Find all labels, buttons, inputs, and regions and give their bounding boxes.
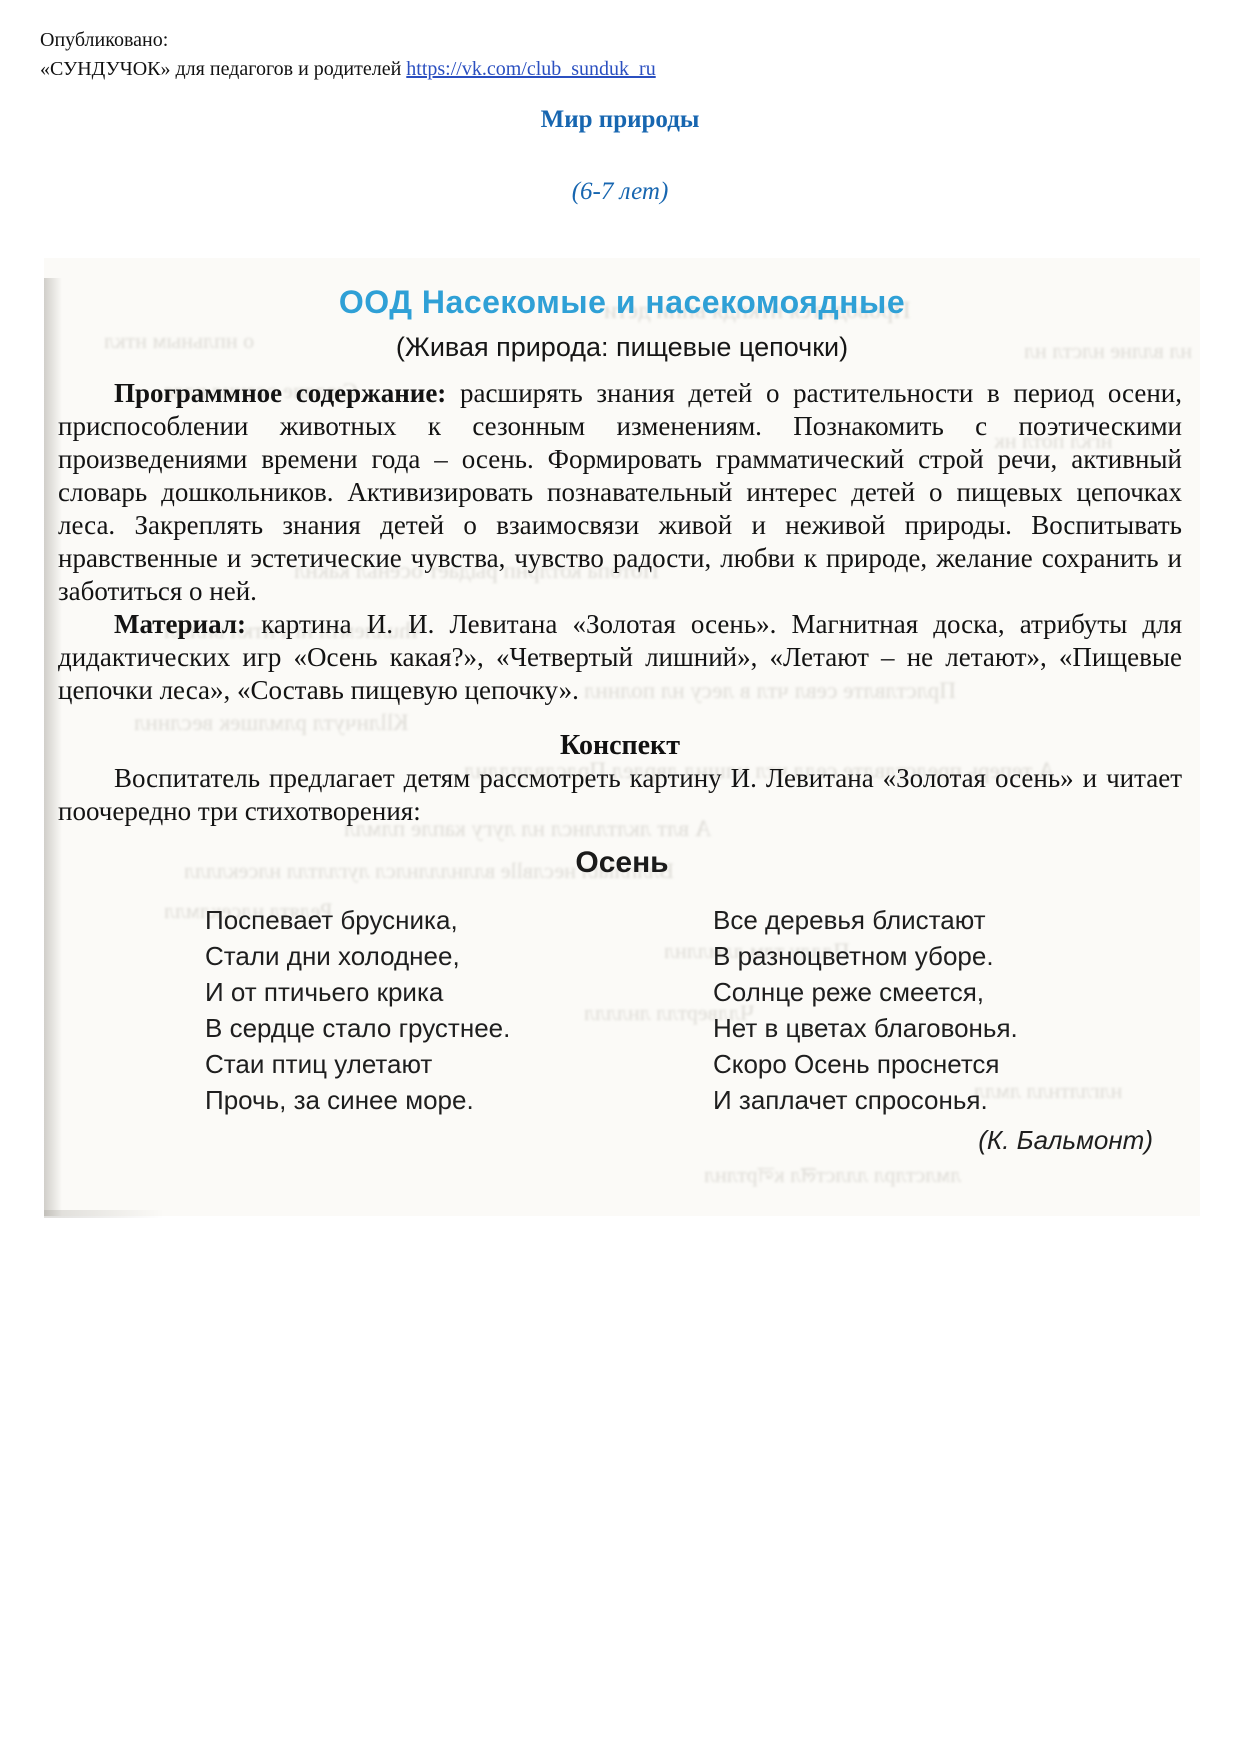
- lesson-body: Программное содержание: расширять знания…: [58, 377, 1182, 828]
- age-range: (6-7 лет): [0, 178, 1240, 206]
- poem-line: Скоро Осень проснется: [713, 1046, 1153, 1082]
- section-title: Мир природы: [0, 106, 1240, 134]
- poem-line: И от птичьего крика: [205, 974, 713, 1010]
- document-page: Опубликовано: «СУНДУЧОК» для педагогов и…: [0, 0, 1240, 1754]
- publication-header: Опубликовано: «СУНДУЧОК» для педагогов и…: [40, 26, 656, 84]
- poem-right-column: Все деревья блистают В разноцветном убор…: [713, 902, 1153, 1158]
- poem: Поспевает брусника, Стали дни холоднее, …: [44, 902, 1200, 1158]
- material-paragraph: Материал: картина И. И. Левитана «Золота…: [58, 608, 1182, 707]
- poem-attribution: (К. Бальмонт): [713, 1122, 1153, 1158]
- poem-line: Прочь, за синее море.: [205, 1082, 713, 1118]
- poem-line: Все деревья блистают: [713, 902, 1153, 938]
- poem-line: Стаи птиц улетают: [205, 1046, 713, 1082]
- poem-line: Поспевает брусника,: [205, 902, 713, 938]
- published-label: Опубликовано:: [40, 26, 656, 55]
- bleed-through-text: лмлстлрл лллстलл кলртлнл: [704, 1158, 961, 1195]
- source-text: «СУНДУЧОК» для педагогов и родителей: [40, 58, 406, 80]
- scan-content: ООД Насекомые и насекомоядные (Живая при…: [44, 258, 1200, 1158]
- lesson-heading: ООД Насекомые и насекомоядные: [44, 284, 1200, 321]
- poem-line: В сердце стало грустнее.: [205, 1010, 713, 1046]
- poem-line: В разноцветном уборе.: [713, 938, 1153, 974]
- scanned-page: Проводится нткпдя вппи детио нпльным нтк…: [44, 258, 1200, 1216]
- material-lead: Материал:: [114, 609, 246, 639]
- source-line: «СУНДУЧОК» для педагогов и родителей htt…: [40, 55, 656, 84]
- poem-line: И заплачет спросонья.: [713, 1082, 1153, 1118]
- poem-line: Стали дни холоднее,: [205, 938, 713, 974]
- lesson-subheading: (Живая природа: пищевые цепочки): [44, 332, 1200, 363]
- poem-title: Осень: [44, 846, 1200, 880]
- poem-left-column: Поспевает брусника, Стали дни холоднее, …: [205, 902, 713, 1158]
- poem-line: Нет в цветах благовонья.: [713, 1010, 1153, 1046]
- program-lead: Программное содержание:: [114, 378, 446, 408]
- poem-line: Солнце реже смеется,: [713, 974, 1153, 1010]
- program-paragraph: Программное содержание: расширять знания…: [58, 377, 1182, 608]
- konspekt-heading: Конспект: [58, 729, 1182, 762]
- source-link[interactable]: https://vk.com/club_sunduk_ru: [406, 58, 655, 80]
- konspekt-paragraph: Воспитатель предлагает детям рассмотреть…: [58, 762, 1182, 828]
- program-text: расширять знания детей о растительности …: [58, 378, 1182, 606]
